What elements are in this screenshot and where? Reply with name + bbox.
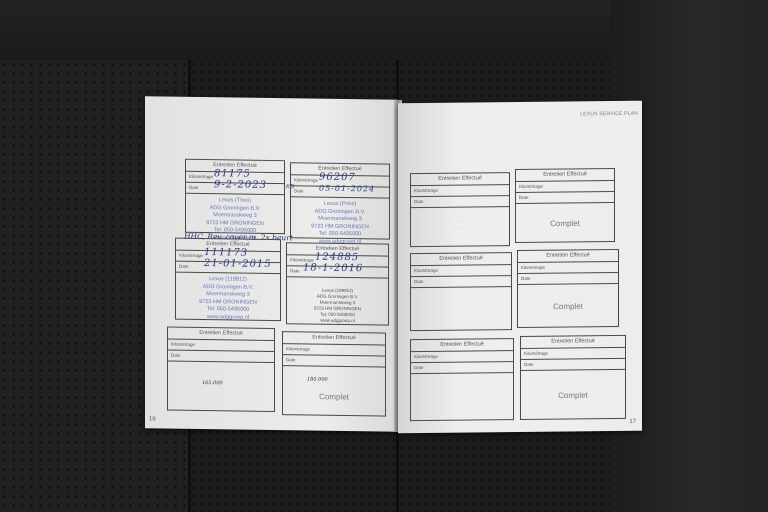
kilometrage-label: Kilométrage [519,184,543,189]
printed-km-note: 180.000 [307,376,328,382]
card-title: Entretien Effectué [518,250,618,263]
booklet-header: LEXUS SERVICE PLAN [580,111,638,118]
card-body [411,287,511,331]
date-value: 9-2-2023 [214,180,267,191]
kilometrage-value: 81175 [214,169,251,180]
card-body: ·· ·· ····· ····· ·· Complet [518,284,618,328]
complet-label: Complet [283,392,385,402]
card-body: ·· ··· ······ ····· ····· ···· ·· [411,207,509,247]
service-card: Entretien Effectué Kilométrage Date [410,252,512,331]
card-title: Entretien Effectué [411,339,513,352]
kilometrage-value: 96207 [319,173,356,184]
card-body: Lexus (199912) ADG Groningen B.V. Moerma… [287,277,388,325]
dealer-stamp: Lexus (119912) ADG Groningen B.V. Moerma… [176,276,280,322]
kilometrage-label: Kilométrage [414,268,438,273]
card-title: Entretien Effectué [521,336,625,349]
date-value: 05-01-2024 [319,184,375,195]
date-label: Date [519,195,529,200]
service-card: Entretien Effectué Kilométrage Date 165.… [167,327,275,413]
kilometrage-label: Kilométrage [189,174,213,179]
kilometrage-label: Kilométrage [286,346,310,351]
page-number: 16 [149,416,156,422]
card-body [411,373,513,421]
dealer-stamp: Lexus (Prins) ADG Groningen B.V. Moerman… [291,200,389,246]
complet-label: Complet [521,390,625,400]
kilometrage-label: Kilométrage [179,253,203,258]
service-card: Entretien Effectué Kilométrage124885 Dat… [286,242,389,325]
service-card: Entretien Effectué Kilométrage111173 Dat… [175,238,281,321]
service-card: Entretien Effectué Kilométrage Date ·· ·… [517,249,619,328]
stamp-line: www.adggroep.nl [176,313,280,322]
service-card: Entretien Effectué Kilométrage Date 180.… [282,331,386,416]
date-value: 21-01-2015 [204,259,272,270]
service-card: Entretien Effectué Kilométrage81175 Date… [185,159,285,234]
date-label: Date [286,357,296,362]
kilometrage-label: Kilométrage [524,351,548,356]
printed-km-note: 165.000 [202,380,223,386]
kilometrage-label: Kilométrage [414,188,438,193]
card-body: Lexus (119912) ADG Groningen B.V. Moerma… [176,273,280,321]
page-number: 17 [629,419,636,425]
date-label: Date [189,185,199,190]
date-label: Date [414,365,424,370]
faint-stamp-imprint: ·· ··· ······ ····· ····· ···· ·· [411,210,509,234]
stamp-line: www.adggroep.nl [287,317,388,324]
date-label: Date [290,268,300,273]
service-card: Entretien Effectué Kilométrage Date [410,338,514,421]
date-label: Date [414,199,424,204]
booklet-left-page: Entretien Effectué Kilométrage81175 Date… [145,96,398,432]
booklet-right-page: LEXUS SERVICE PLAN Entretien Effectué Ki… [398,101,642,434]
date-label: Date [294,188,304,193]
kilometrage-value: 111173 [204,248,248,259]
card-body: Lexus (Prins) ADG Groningen B.V. Moerman… [291,197,389,239]
card-body: 165.000 [168,362,274,412]
card-body: 180.000 Complet [283,366,385,416]
date-label: Date [524,362,534,367]
kilometrage-label: Kilométrage [414,354,438,359]
kilometrage-value: 124885 [315,253,359,264]
dealer-stamp: Lexus (199912) ADG Groningen B.V. Moerma… [287,287,388,324]
card-title: Entretien Effectué [516,169,614,182]
date-value: 18-1-2016 [303,263,363,274]
service-card: Entretien Effectué Kilométrage96207 Date… [290,162,390,239]
service-card: Entretien Effectué Kilométrage Date Comp… [515,168,615,243]
card-body: Complet [521,370,625,420]
card-body: Complet [516,203,614,243]
kilometrage-label: Kilométrage [294,177,318,182]
card-title: Entretien Effectué [411,173,509,186]
date-label: Date [414,279,424,284]
complet-label: Complet [516,218,614,228]
complet-label: Complet [518,301,618,311]
kilometrage-label: Kilométrage [171,342,195,347]
date-label: Date [179,264,189,269]
service-card: Entretien Effectué Kilométrage Date ·· ·… [410,172,510,247]
kilometrage-label: Kilométrage [521,265,545,270]
date-label: Date [171,353,181,358]
service-card: Entretien Effectué Kilométrage Date Comp… [520,335,626,420]
card-title: Entretien Effectué [411,253,511,266]
card-body: Lexus (Theo) ADG Groningen B.V. Moermans… [186,194,284,234]
date-label: Date [521,276,531,281]
